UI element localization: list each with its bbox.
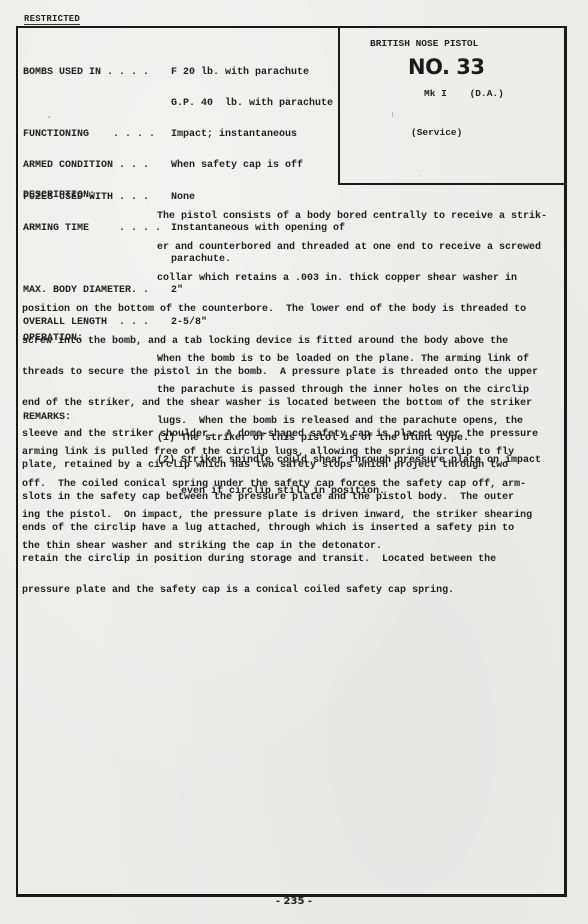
spec-label: FUNCTIONING . . . . (23, 130, 171, 140)
pistol-number: NO. 33 (408, 55, 484, 79)
classification-marking: RESTRICTED (24, 14, 80, 25)
mark-designation: Mk I (D.A.) (424, 89, 504, 99)
remarks-label: REMARKS: (23, 413, 71, 423)
scan-speck (148, 206, 149, 207)
text-line: position on the bottom of the counterbor… (22, 305, 562, 315)
spec-value: F 20 lb. with parachute (171, 68, 351, 78)
scan-speck (48, 116, 50, 118)
spec-value: When safety cap is off (171, 161, 351, 171)
title-box (338, 26, 564, 185)
spec-row: ARMED CONDITION . . . When safety cap is… (23, 161, 351, 171)
text-line: pressure plate and the safety cap is a c… (22, 586, 562, 596)
document-page: RESTRICTED BRITISH NOSE PISTOL NO. 33 Mk… (0, 0, 588, 924)
text-line: the thin shear washer and striking the c… (22, 542, 562, 552)
spec-row: BOMBS USED IN . . . . F 20 lb. with para… (23, 68, 351, 78)
spec-row: FUNCTIONING . . . . Impact; instantaneou… (23, 130, 351, 140)
text-line: The pistol consists of a body bored cent… (22, 212, 562, 222)
text-line: er and counterbored and threaded at one … (22, 243, 562, 253)
spec-label: ARMED CONDITION . . . (23, 161, 171, 171)
spec-value: Impact; instantaneous (171, 130, 351, 140)
spec-value: G.P. 40 lb. with parachute (171, 99, 351, 109)
text-line: When the bomb is to be loaded on the pla… (22, 355, 562, 365)
title-heading: BRITISH NOSE PISTOL (370, 39, 478, 49)
text-line: collar which retains a .003 in. thick co… (22, 274, 562, 284)
text-line: even if circlip still in position. (157, 487, 541, 497)
spec-label: BOMBS USED IN . . . . (23, 68, 171, 78)
page-number: - 235 - (0, 896, 588, 907)
text-line: (2) Striker spindle could shear through … (157, 456, 541, 466)
remark-item-2: (2) Striker spindle could shear through … (157, 435, 541, 518)
scan-speck (392, 112, 393, 117)
spec-label (23, 99, 171, 109)
spec-row: G.P. 40 lb. with parachute (23, 99, 351, 109)
service-status: (Service) (411, 128, 462, 138)
text-line: the parachute is passed through the inne… (22, 386, 562, 396)
scan-speck (420, 175, 421, 176)
